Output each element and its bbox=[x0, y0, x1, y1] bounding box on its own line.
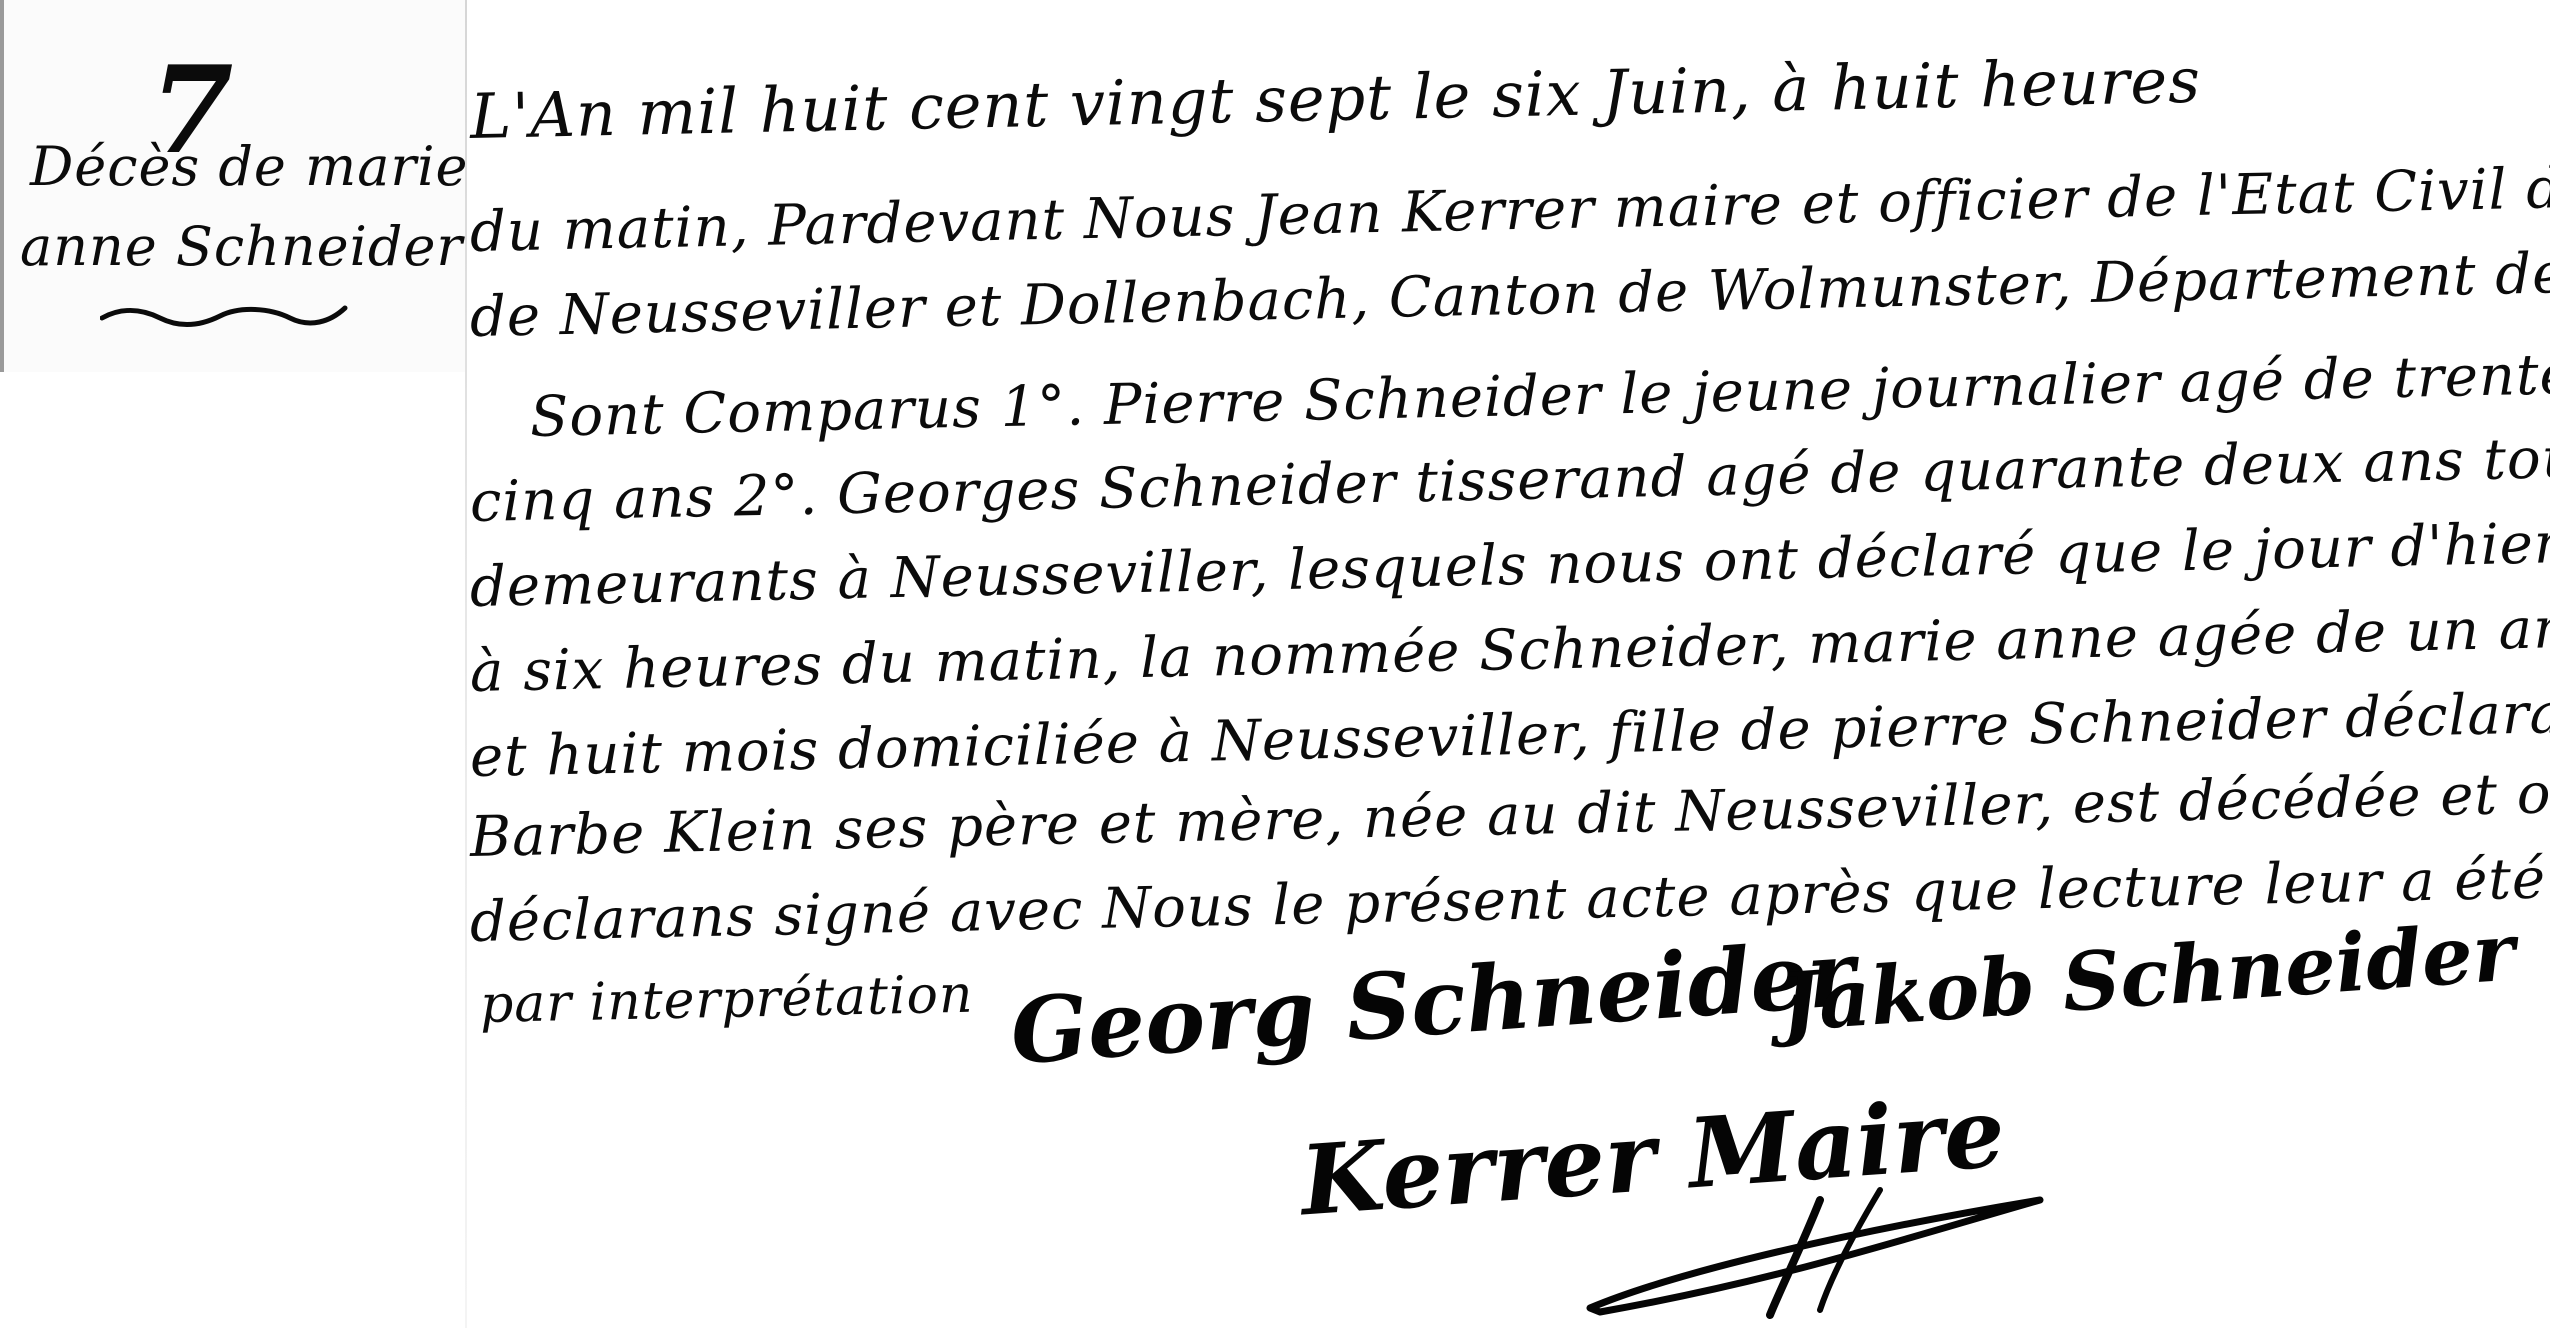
body-line-11: par interprétation bbox=[479, 965, 974, 1035]
tilde-flourish-icon bbox=[100, 300, 350, 330]
margin-note-line-1: Décès de marie bbox=[30, 135, 468, 198]
register-page: 7 Décès de marie anne Schneider L'An mil… bbox=[0, 0, 2550, 1328]
page-edge bbox=[0, 0, 4, 372]
signature-paraph-icon bbox=[1260, 1180, 2160, 1320]
signature-declarant-1: Georg Schneider bbox=[1007, 921, 1858, 1086]
signature-declarant-2: Jakob Schneider bbox=[1778, 904, 2518, 1049]
body-line-1: L'An mil huit cent vingt sept le six Jui… bbox=[469, 44, 2201, 153]
margin-note-line-2: anne Schneider bbox=[20, 215, 463, 278]
margin-rule-line bbox=[465, 0, 467, 1328]
